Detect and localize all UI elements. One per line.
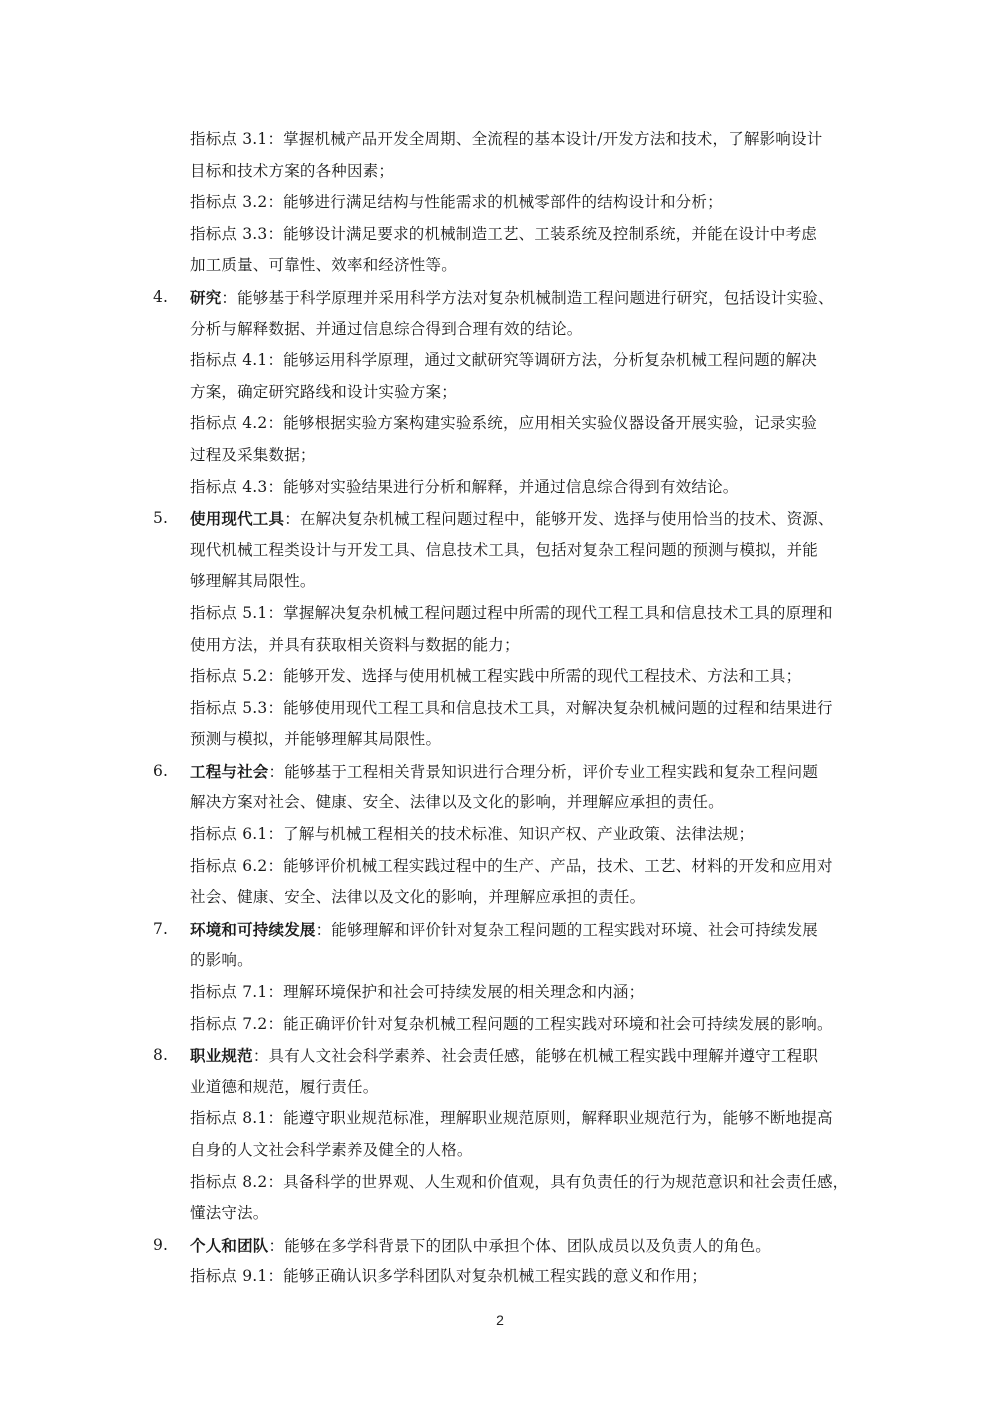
section-8-description: ：具有人文社会科学素养、社会责任感，能够在机械工程实践中理解并遵守工程职 [253, 1047, 818, 1065]
indicator-8-2-line-2: 懂法守法。 [153, 1198, 898, 1230]
indicator-8-2-line-1: 指标点 8.2：具备科学的世界观、人生观和价值观，具有负责任的行为规范意识和社会… [153, 1167, 898, 1199]
indicator-4-2-line-2: 过程及采集数据； [153, 440, 898, 472]
indicator-6-1-line-1: 指标点 6.1：了解与机械工程相关的技术标准、知识产权、产业政策、法律法规； [153, 819, 898, 851]
section-6-description: ：能够基于工程相关背景知识进行合理分析，评价专业工程实践和复杂工程问题 [269, 763, 819, 781]
indicator-8-1-line-2: 自身的人文社会科学素养及健全的人格。 [153, 1135, 898, 1167]
section-5-title: 使用现代工具 [190, 509, 284, 528]
indicator-5-3-line-1: 指标点 5.3：能够使用现代工程工具和信息技术工具，对解决复杂机械问题的过程和结… [153, 693, 898, 725]
indicator-3-3-line-1: 指标点 3.3：能够设计满足要求的机械制造工艺、工装系统及控制系统，并能在设计中… [153, 219, 898, 251]
section-3-indicators: 指标点 3.1：掌握机械产品开发全周期、全流程的基本设计/开发方法和技术，了解影… [153, 124, 898, 282]
indicator-3-1-line-1: 指标点 3.1：掌握机械产品开发全周期、全流程的基本设计/开发方法和技术，了解影… [153, 124, 898, 156]
section-5-heading-line: 5.使用现代工具：在解决复杂机械工程问题过程中，能够开发、选择与使用恰当的技术、… [153, 503, 898, 535]
indicator-5-1-line-2: 使用方法，并具有获取相关资料与数据的能力； [153, 630, 898, 662]
section-8-heading-line: 8.职业规范：具有人文社会科学素养、社会责任感，能够在机械工程实践中理解并遵守工… [153, 1040, 898, 1072]
indicator-7-1-line-1: 指标点 7.1：理解环境保护和社会可持续发展的相关理念和内涵； [153, 977, 898, 1009]
indicator-5-2-line-1: 指标点 5.2：能够开发、选择与使用机械工程实践中所需的现代工程技术、方法和工具… [153, 661, 898, 693]
section-7-number: 7. [153, 914, 183, 946]
section-9-individual-team: 9.个人和团队：能够在多学科背景下的团队中承担个体、团队成员以及负责人的角色。 … [153, 1230, 898, 1293]
section-4-line-2: 分析与解释数据、并通过信息综合得到合理有效的结论。 [153, 314, 898, 346]
indicator-8-1-line-1: 指标点 8.1：能遵守职业规范标准，理解职业规范原则，解释职业规范行为，能够不断… [153, 1103, 898, 1135]
section-6-title: 工程与社会 [190, 762, 269, 781]
document-page: 指标点 3.1：掌握机械产品开发全周期、全流程的基本设计/开发方法和技术，了解影… [0, 0, 1000, 1414]
section-5-line-3: 够理解其局限性。 [153, 566, 898, 598]
section-4-title: 研究 [190, 288, 221, 307]
section-8-title: 职业规范 [190, 1046, 253, 1065]
indicator-4-1-line-2: 方案，确定研究路线和设计实验方案； [153, 377, 898, 409]
section-4-number: 4. [153, 282, 183, 314]
section-6-number: 6. [153, 756, 183, 788]
indicator-4-3-line-1: 指标点 4.3：能够对实验结果进行分析和解释，并通过信息综合得到有效结论。 [153, 472, 898, 504]
section-7-description: ：能够理解和评价针对复杂工程问题的工程实践对环境、社会可持续发展 [316, 921, 818, 939]
section-5-number: 5. [153, 503, 183, 535]
section-7-sustainability: 7.环境和可持续发展：能够理解和评价针对复杂工程问题的工程实践对环境、社会可持续… [153, 914, 898, 1040]
indicator-7-2-line-1: 指标点 7.2：能正确评价针对复杂机械工程问题的工程实践对环境和社会可持续发展的… [153, 1009, 898, 1041]
section-4-heading-line: 4.研究：能够基于科学原理并采用科学方法对复杂机械制造工程问题进行研究，包括设计… [153, 282, 898, 314]
indicator-3-2-line-1: 指标点 3.2：能够进行满足结构与性能需求的机械零部件的结构设计和分析； [153, 187, 898, 219]
section-7-title: 环境和可持续发展 [190, 920, 316, 939]
indicator-9-1-line-1: 指标点 9.1：能够正确认识多学科团队对复杂机械工程实践的意义和作用； [153, 1261, 898, 1293]
section-6-heading-line: 6.工程与社会：能够基于工程相关背景知识进行合理分析，评价专业工程实践和复杂工程… [153, 756, 898, 788]
section-9-heading-line: 9.个人和团队：能够在多学科背景下的团队中承担个体、团队成员以及负责人的角色。 [153, 1230, 898, 1262]
page-number: 2 [0, 1312, 1000, 1328]
indicator-5-3-line-2: 预测与模拟，并能够理解其局限性。 [153, 724, 898, 756]
section-9-title: 个人和团队 [190, 1236, 269, 1255]
section-6-line-2: 解决方案对社会、健康、安全、法律以及文化的影响，并理解应承担的责任。 [153, 787, 898, 819]
indicator-3-3-line-2: 加工质量、可靠性、效率和经济性等。 [153, 250, 898, 282]
section-8-line-2: 业道德和规范，履行责任。 [153, 1072, 898, 1104]
indicator-4-2-line-1: 指标点 4.2：能够根据实验方案构建实验系统，应用相关实验仪器设备开展实验，记录… [153, 408, 898, 440]
indicator-6-2-line-1: 指标点 6.2：能够评价机械工程实践过程中的生产、产品，技术、工艺、材料的开发和… [153, 851, 898, 883]
section-4-research: 4.研究：能够基于科学原理并采用科学方法对复杂机械制造工程问题进行研究，包括设计… [153, 282, 898, 503]
section-5-description: ：在解决复杂机械工程问题过程中，能够开发、选择与使用恰当的技术、资源、 [284, 510, 834, 528]
indicator-4-1-line-1: 指标点 4.1：能够运用科学原理，通过文献研究等调研方法，分析复杂机械工程问题的… [153, 345, 898, 377]
indicator-3-1-line-2: 目标和技术方案的各种因素； [153, 156, 898, 188]
section-8-number: 8. [153, 1040, 183, 1072]
section-9-number: 9. [153, 1230, 183, 1262]
section-9-description: ：能够在多学科背景下的团队中承担个体、团队成员以及负责人的角色。 [269, 1237, 771, 1255]
section-5-modern-tools: 5.使用现代工具：在解决复杂机械工程问题过程中，能够开发、选择与使用恰当的技术、… [153, 503, 898, 756]
indicator-5-1-line-1: 指标点 5.1：掌握解决复杂机械工程问题过程中所需的现代工程工具和信息技术工具的… [153, 598, 898, 630]
section-7-heading-line: 7.环境和可持续发展：能够理解和评价针对复杂工程问题的工程实践对环境、社会可持续… [153, 914, 898, 946]
section-4-description: ：能够基于科学原理并采用科学方法对复杂机械制造工程问题进行研究，包括设计实验、 [221, 289, 833, 307]
section-6-engineering-society: 6.工程与社会：能够基于工程相关背景知识进行合理分析，评价专业工程实践和复杂工程… [153, 756, 898, 914]
section-7-line-2: 的影响。 [153, 945, 898, 977]
section-5-line-2: 现代机械工程类设计与开发工具、信息技术工具，包括对复杂工程问题的预测与模拟，并能 [153, 535, 898, 567]
document-body: 指标点 3.1：掌握机械产品开发全周期、全流程的基本设计/开发方法和技术，了解影… [153, 124, 898, 1293]
indicator-6-2-line-2: 社会、健康、安全、法律以及文化的影响，并理解应承担的责任。 [153, 882, 898, 914]
section-8-professional-norms: 8.职业规范：具有人文社会科学素养、社会责任感，能够在机械工程实践中理解并遵守工… [153, 1040, 898, 1230]
